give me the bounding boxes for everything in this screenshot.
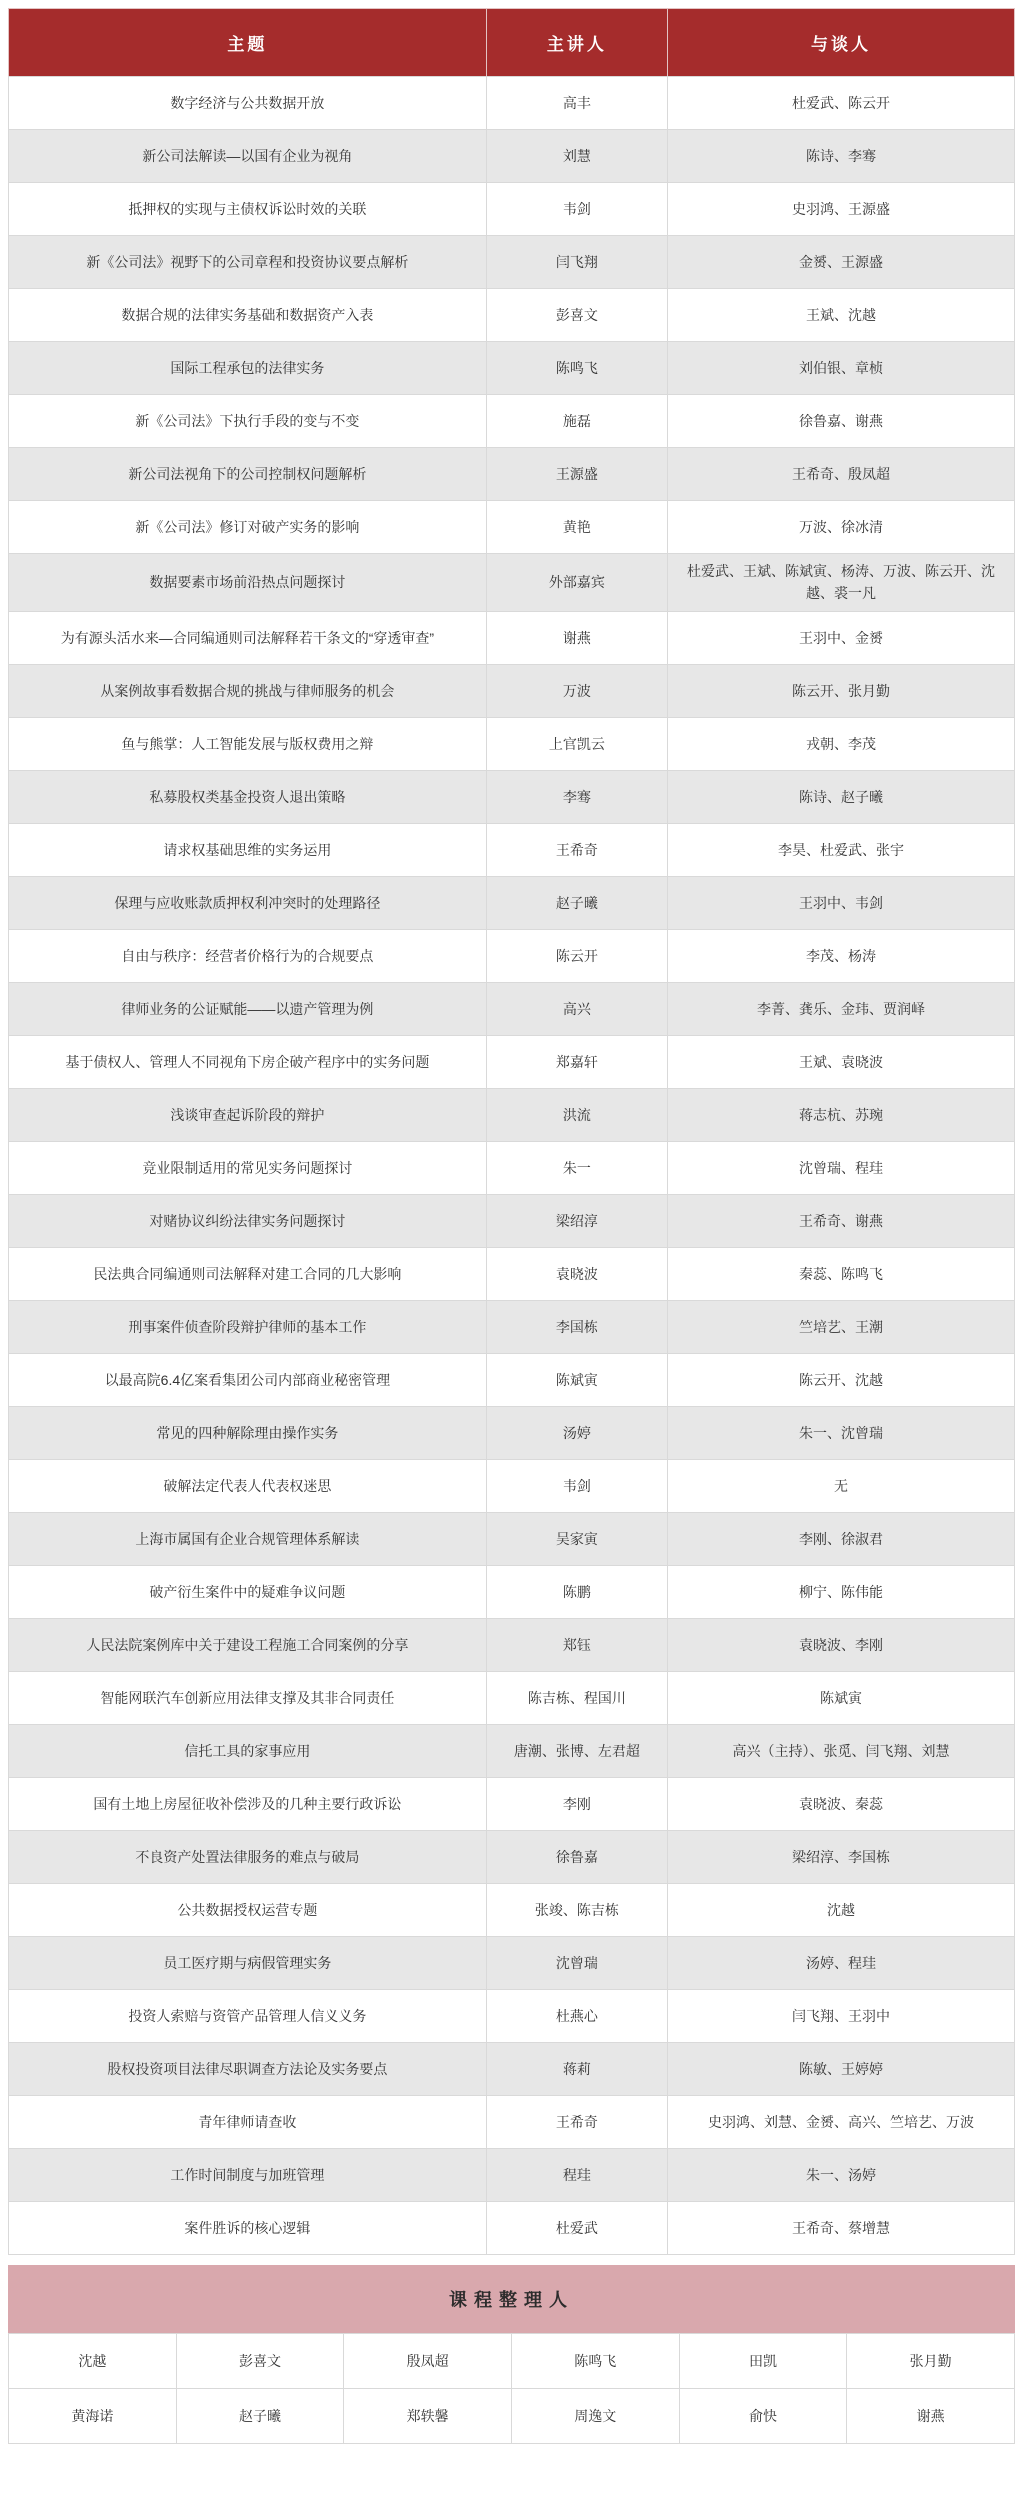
speaker-cell: 汤婷 xyxy=(486,1406,667,1459)
table-row: 民法典合同编通则司法解释对建工合同的几大影响袁晓波秦蕊、陈鸣飞 xyxy=(9,1247,1015,1300)
speaker-cell: 郑嘉轩 xyxy=(486,1035,667,1088)
discussants-cell: 杜爱武、王斌、陈斌寅、杨涛、万波、陈云开、沈越、裘一凡 xyxy=(667,554,1014,612)
table-row: 为有源头活水来—合同编通则司法解释若干条文的“穿透审查”谢燕王羽中、金赟 xyxy=(9,611,1015,664)
topic-cell: 智能网联汽车创新应用法律支撑及其非合同责任 xyxy=(9,1671,487,1724)
table-row: 浅谈审查起诉阶段的辩护洪流蒋志杭、苏琬 xyxy=(9,1088,1015,1141)
speaker-cell: 唐潮、张博、左君超 xyxy=(486,1724,667,1777)
organizer-name-cell: 陈鸣飞 xyxy=(511,2333,679,2388)
topic-cell: 人民法院案例库中关于建设工程施工合同案例的分享 xyxy=(9,1618,487,1671)
table-row: 抵押权的实现与主债权诉讼时效的关联韦剑史羽鸿、王源盛 xyxy=(9,183,1015,236)
topic-cell: 民法典合同编通则司法解释对建工合同的几大影响 xyxy=(9,1247,487,1300)
topic-cell: 破产衍生案件中的疑难争议问题 xyxy=(9,1565,487,1618)
topic-cell: 浅谈审查起诉阶段的辩护 xyxy=(9,1088,487,1141)
topic-cell: 数据要素市场前沿热点问题探讨 xyxy=(9,554,487,612)
schedule-body: 数字经济与公共数据开放高丰杜爱武、陈云开新公司法解读—以国有企业为视角刘慧陈诗、… xyxy=(9,77,1015,2255)
speaker-cell: 张竣、陈吉栋 xyxy=(486,1883,667,1936)
organizer-name-cell: 沈越 xyxy=(9,2333,177,2388)
discussants-cell: 陈敏、王婷婷 xyxy=(667,2042,1014,2095)
table-row: 从案例故事看数据合规的挑战与律师服务的机会万波陈云开、张月勤 xyxy=(9,664,1015,717)
speaker-cell: 陈云开 xyxy=(486,929,667,982)
discussants-cell: 陈云开、沈越 xyxy=(667,1353,1014,1406)
discussants-cell: 王羽中、韦剑 xyxy=(667,876,1014,929)
speaker-cell: 谢燕 xyxy=(486,611,667,664)
speaker-cell: 洪流 xyxy=(486,1088,667,1141)
discussants-cell: 万波、徐冰清 xyxy=(667,501,1014,554)
speaker-cell: 李刚 xyxy=(486,1777,667,1830)
speaker-cell: 外部嘉宾 xyxy=(486,554,667,612)
topic-cell: 竞业限制适用的常见实务问题探讨 xyxy=(9,1141,487,1194)
discussants-cell: 竺培艺、王潮 xyxy=(667,1300,1014,1353)
discussants-cell: 朱一、汤婷 xyxy=(667,2148,1014,2201)
topic-cell: 案件胜诉的核心逻辑 xyxy=(9,2201,487,2254)
discussants-cell: 王希奇、蔡增慧 xyxy=(667,2201,1014,2254)
organizer-name-cell: 郑轶馨 xyxy=(344,2388,512,2443)
topic-cell: 青年律师请查收 xyxy=(9,2095,487,2148)
speaker-cell: 陈斌寅 xyxy=(486,1353,667,1406)
discussants-cell: 王斌、沈越 xyxy=(667,289,1014,342)
table-row: 国有土地上房屋征收补偿涉及的几种主要行政诉讼李刚袁晓波、秦蕊 xyxy=(9,1777,1015,1830)
discussants-cell: 陈云开、张月勤 xyxy=(667,664,1014,717)
speaker-cell: 梁绍淳 xyxy=(486,1194,667,1247)
speaker-cell: 王希奇 xyxy=(486,823,667,876)
topic-cell: 以最高院6.4亿案看集团公司内部商业秘密管理 xyxy=(9,1353,487,1406)
topic-cell: 对赌协议纠纷法律实务问题探讨 xyxy=(9,1194,487,1247)
topic-cell: 保理与应收账款质押权利冲突时的处理路径 xyxy=(9,876,487,929)
speaker-cell: 朱一 xyxy=(486,1141,667,1194)
speaker-cell: 陈吉栋、程国川 xyxy=(486,1671,667,1724)
organizers-section: 课程整理人 沈越彭喜文殷凤超陈鸣飞田凯张月勤黄海诺赵子曦郑轶馨周逸文俞快谢燕 xyxy=(8,2265,1015,2444)
topic-cell: 上海市属国有企业合规管理体系解读 xyxy=(9,1512,487,1565)
topic-cell: 律师业务的公证赋能——以遗产管理为例 xyxy=(9,982,487,1035)
discussants-cell: 无 xyxy=(667,1459,1014,1512)
topic-cell: 工作时间制度与加班管理 xyxy=(9,2148,487,2201)
discussants-cell: 杜爱武、陈云开 xyxy=(667,77,1014,130)
table-row: 保理与应收账款质押权利冲突时的处理路径赵子曦王羽中、韦剑 xyxy=(9,876,1015,929)
speaker-cell: 袁晓波 xyxy=(486,1247,667,1300)
speaker-cell: 上官凯云 xyxy=(486,717,667,770)
table-row: 新公司法解读—以国有企业为视角刘慧陈诗、李骞 xyxy=(9,130,1015,183)
discussants-cell: 陈诗、李骞 xyxy=(667,130,1014,183)
organizer-name-cell: 黄海诺 xyxy=(9,2388,177,2443)
discussants-cell: 王羽中、金赟 xyxy=(667,611,1014,664)
table-row: 新《公司法》视野下的公司章程和投资协议要点解析闫飞翔金赟、王源盛 xyxy=(9,236,1015,289)
speaker-cell: 彭喜文 xyxy=(486,289,667,342)
discussants-cell: 袁晓波、秦蕊 xyxy=(667,1777,1014,1830)
topic-cell: 公共数据授权运营专题 xyxy=(9,1883,487,1936)
topic-cell: 自由与秩序：经营者价格行为的合规要点 xyxy=(9,929,487,982)
speaker-cell: 徐鲁嘉 xyxy=(486,1830,667,1883)
discussants-cell: 史羽鸿、刘慧、金赟、高兴、竺培艺、万波 xyxy=(667,2095,1014,2148)
table-row: 常见的四种解除理由操作实务汤婷朱一、沈曾瑞 xyxy=(9,1406,1015,1459)
table-row: 公共数据授权运营专题张竣、陈吉栋沈越 xyxy=(9,1883,1015,1936)
topic-cell: 数字经济与公共数据开放 xyxy=(9,77,487,130)
table-row: 数字经济与公共数据开放高丰杜爱武、陈云开 xyxy=(9,77,1015,130)
table-row: 案件胜诉的核心逻辑杜爱武王希奇、蔡增慧 xyxy=(9,2201,1015,2254)
topic-cell: 私募股权类基金投资人退出策略 xyxy=(9,770,487,823)
discussants-cell: 李茂、杨涛 xyxy=(667,929,1014,982)
topic-cell: 数据合规的法律实务基础和数据资产入表 xyxy=(9,289,487,342)
topic-cell: 新公司法解读—以国有企业为视角 xyxy=(9,130,487,183)
topic-cell: 从案例故事看数据合规的挑战与律师服务的机会 xyxy=(9,664,487,717)
topic-cell: 新《公司法》下执行手段的变与不变 xyxy=(9,395,487,448)
table-row: 信托工具的家事应用唐潮、张博、左君超高兴（主持）、张觅、闫飞翔、刘慧 xyxy=(9,1724,1015,1777)
topic-cell: 请求权基础思维的实务运用 xyxy=(9,823,487,876)
discussants-cell: 闫飞翔、王羽中 xyxy=(667,1989,1014,2042)
discussants-column-header: 与谈人 xyxy=(667,9,1014,77)
table-row: 私募股权类基金投资人退出策略李骞陈诗、赵子曦 xyxy=(9,770,1015,823)
speaker-cell: 陈鹏 xyxy=(486,1565,667,1618)
organizer-name-cell: 殷凤超 xyxy=(344,2333,512,2388)
speaker-cell: 黄艳 xyxy=(486,501,667,554)
organizer-name-cell: 彭喜文 xyxy=(176,2333,344,2388)
organizer-name-cell: 赵子曦 xyxy=(176,2388,344,2443)
table-row: 国际工程承包的法律实务陈鸣飞刘伯银、章桢 xyxy=(9,342,1015,395)
discussants-cell: 朱一、沈曾瑞 xyxy=(667,1406,1014,1459)
discussants-cell: 梁绍淳、李国栋 xyxy=(667,1830,1014,1883)
discussants-cell: 刘伯银、章桢 xyxy=(667,342,1014,395)
discussants-cell: 汤婷、程珪 xyxy=(667,1936,1014,1989)
table-row: 员工医疗期与病假管理实务沈曾瑞汤婷、程珪 xyxy=(9,1936,1015,1989)
topic-cell: 新公司法视角下的公司控制权问题解析 xyxy=(9,448,487,501)
topic-cell: 国有土地上房屋征收补偿涉及的几种主要行政诉讼 xyxy=(9,1777,487,1830)
table-row: 破产衍生案件中的疑难争议问题陈鹏柳宁、陈伟能 xyxy=(9,1565,1015,1618)
topic-cell: 股权投资项目法律尽职调查方法论及实务要点 xyxy=(9,2042,487,2095)
table-row: 上海市属国有企业合规管理体系解读吴家寅李刚、徐淑君 xyxy=(9,1512,1015,1565)
topic-column-header: 主题 xyxy=(9,9,487,77)
discussants-cell: 戎朝、李茂 xyxy=(667,717,1014,770)
discussants-cell: 秦蕊、陈鸣飞 xyxy=(667,1247,1014,1300)
discussants-cell: 陈诗、赵子曦 xyxy=(667,770,1014,823)
table-row: 新公司法视角下的公司控制权问题解析王源盛王希奇、殷凤超 xyxy=(9,448,1015,501)
speaker-cell: 刘慧 xyxy=(486,130,667,183)
table-row: 青年律师请查收王希奇史羽鸿、刘慧、金赟、高兴、竺培艺、万波 xyxy=(9,2095,1015,2148)
discussants-cell: 李刚、徐淑君 xyxy=(667,1512,1014,1565)
speaker-cell: 陈鸣飞 xyxy=(486,342,667,395)
discussants-cell: 沈曾瑞、程珪 xyxy=(667,1141,1014,1194)
speaker-cell: 高兴 xyxy=(486,982,667,1035)
discussants-cell: 李昊、杜爱武、张宇 xyxy=(667,823,1014,876)
organizer-name-cell: 周逸文 xyxy=(511,2388,679,2443)
discussants-cell: 柳宁、陈伟能 xyxy=(667,1565,1014,1618)
table-row: 不良资产处置法律服务的难点与破局徐鲁嘉梁绍淳、李国栋 xyxy=(9,1830,1015,1883)
speaker-cell: 杜爱武 xyxy=(486,2201,667,2254)
organizer-name-cell: 俞快 xyxy=(679,2388,847,2443)
topic-cell: 破解法定代表人代表权迷思 xyxy=(9,1459,487,1512)
table-row: 数据合规的法律实务基础和数据资产入表彭喜文王斌、沈越 xyxy=(9,289,1015,342)
discussants-cell: 袁晓波、李刚 xyxy=(667,1618,1014,1671)
table-row: 鱼与熊掌：人工智能发展与版权费用之辩上官凯云戎朝、李茂 xyxy=(9,717,1015,770)
speaker-cell: 韦剑 xyxy=(486,183,667,236)
topic-cell: 常见的四种解除理由操作实务 xyxy=(9,1406,487,1459)
topic-cell: 抵押权的实现与主债权诉讼时效的关联 xyxy=(9,183,487,236)
table-row: 律师业务的公证赋能——以遗产管理为例高兴李菁、龚乐、金玮、贾润峄 xyxy=(9,982,1015,1035)
discussants-cell: 王希奇、谢燕 xyxy=(667,1194,1014,1247)
table-row: 智能网联汽车创新应用法律支撑及其非合同责任陈吉栋、程国川陈斌寅 xyxy=(9,1671,1015,1724)
speaker-cell: 杜燕心 xyxy=(486,1989,667,2042)
table-row: 新《公司法》下执行手段的变与不变施磊徐鲁嘉、谢燕 xyxy=(9,395,1015,448)
speaker-cell: 韦剑 xyxy=(486,1459,667,1512)
speaker-cell: 施磊 xyxy=(486,395,667,448)
speaker-cell: 闫飞翔 xyxy=(486,236,667,289)
speaker-cell: 吴家寅 xyxy=(486,1512,667,1565)
table-row: 自由与秩序：经营者价格行为的合规要点陈云开李茂、杨涛 xyxy=(9,929,1015,982)
table-row: 对赌协议纠纷法律实务问题探讨梁绍淳王希奇、谢燕 xyxy=(9,1194,1015,1247)
organizer-name-cell: 张月勤 xyxy=(847,2333,1015,2388)
table-row: 竞业限制适用的常见实务问题探讨朱一沈曾瑞、程珪 xyxy=(9,1141,1015,1194)
table-row: 数据要素市场前沿热点问题探讨外部嘉宾杜爱武、王斌、陈斌寅、杨涛、万波、陈云开、沈… xyxy=(9,554,1015,612)
speaker-cell: 赵子曦 xyxy=(486,876,667,929)
organizer-name-cell: 田凯 xyxy=(679,2333,847,2388)
speaker-cell: 郑钰 xyxy=(486,1618,667,1671)
table-row: 刑事案件侦查阶段辩护律师的基本工作李国栋竺培艺、王潮 xyxy=(9,1300,1015,1353)
speaker-cell: 沈曾瑞 xyxy=(486,1936,667,1989)
table-row: 工作时间制度与加班管理程珪朱一、汤婷 xyxy=(9,2148,1015,2201)
topic-cell: 刑事案件侦查阶段辩护律师的基本工作 xyxy=(9,1300,487,1353)
discussants-cell: 金赟、王源盛 xyxy=(667,236,1014,289)
speaker-cell: 王希奇 xyxy=(486,2095,667,2148)
speaker-cell: 蒋莉 xyxy=(486,2042,667,2095)
schedule-table-header: 主题 主讲人 与谈人 xyxy=(9,9,1015,77)
speaker-cell: 高丰 xyxy=(486,77,667,130)
discussants-cell: 王希奇、殷凤超 xyxy=(667,448,1014,501)
discussants-cell: 蒋志杭、苏琬 xyxy=(667,1088,1014,1141)
organizer-row: 黄海诺赵子曦郑轶馨周逸文俞快谢燕 xyxy=(9,2388,1015,2443)
table-row: 投资人索赔与资管产品管理人信义义务杜燕心闫飞翔、王羽中 xyxy=(9,1989,1015,2042)
topic-cell: 信托工具的家事应用 xyxy=(9,1724,487,1777)
topic-cell: 不良资产处置法律服务的难点与破局 xyxy=(9,1830,487,1883)
discussants-cell: 沈越 xyxy=(667,1883,1014,1936)
speaker-column-header: 主讲人 xyxy=(486,9,667,77)
topic-cell: 新《公司法》视野下的公司章程和投资协议要点解析 xyxy=(9,236,487,289)
speaker-cell: 李国栋 xyxy=(486,1300,667,1353)
discussants-cell: 李菁、龚乐、金玮、贾润峄 xyxy=(667,982,1014,1035)
organizer-name-cell: 谢燕 xyxy=(847,2388,1015,2443)
header-row: 主题 主讲人 与谈人 xyxy=(9,9,1015,77)
speaker-cell: 万波 xyxy=(486,664,667,717)
topic-cell: 员工医疗期与病假管理实务 xyxy=(9,1936,487,1989)
organizers-table: 沈越彭喜文殷凤超陈鸣飞田凯张月勤黄海诺赵子曦郑轶馨周逸文俞快谢燕 xyxy=(8,2333,1015,2444)
topic-cell: 鱼与熊掌：人工智能发展与版权费用之辩 xyxy=(9,717,487,770)
discussants-cell: 陈斌寅 xyxy=(667,1671,1014,1724)
topic-cell: 为有源头活水来—合同编通则司法解释若干条文的“穿透审查” xyxy=(9,611,487,664)
topic-cell: 投资人索赔与资管产品管理人信义义务 xyxy=(9,1989,487,2042)
discussants-cell: 高兴（主持）、张觅、闫飞翔、刘慧 xyxy=(667,1724,1014,1777)
topic-cell: 国际工程承包的法律实务 xyxy=(9,342,487,395)
topic-cell: 新《公司法》修订对破产实务的影响 xyxy=(9,501,487,554)
discussants-cell: 史羽鸿、王源盛 xyxy=(667,183,1014,236)
organizers-body: 沈越彭喜文殷凤超陈鸣飞田凯张月勤黄海诺赵子曦郑轶馨周逸文俞快谢燕 xyxy=(9,2333,1015,2443)
table-row: 股权投资项目法律尽职调查方法论及实务要点蒋莉陈敏、王婷婷 xyxy=(9,2042,1015,2095)
table-row: 破解法定代表人代表权迷思韦剑无 xyxy=(9,1459,1015,1512)
discussants-cell: 王斌、袁晓波 xyxy=(667,1035,1014,1088)
speaker-cell: 李骞 xyxy=(486,770,667,823)
table-row: 人民法院案例库中关于建设工程施工合同案例的分享郑钰袁晓波、李刚 xyxy=(9,1618,1015,1671)
organizer-row: 沈越彭喜文殷凤超陈鸣飞田凯张月勤 xyxy=(9,2333,1015,2388)
course-schedule-page: 主题 主讲人 与谈人 数字经济与公共数据开放高丰杜爱武、陈云开新公司法解读—以国… xyxy=(0,0,1023,2452)
table-row: 新《公司法》修订对破产实务的影响黄艳万波、徐冰清 xyxy=(9,501,1015,554)
speaker-cell: 王源盛 xyxy=(486,448,667,501)
speaker-cell: 程珪 xyxy=(486,2148,667,2201)
discussants-cell: 徐鲁嘉、谢燕 xyxy=(667,395,1014,448)
table-row: 以最高院6.4亿案看集团公司内部商业秘密管理陈斌寅陈云开、沈越 xyxy=(9,1353,1015,1406)
schedule-table: 主题 主讲人 与谈人 数字经济与公共数据开放高丰杜爱武、陈云开新公司法解读—以国… xyxy=(8,8,1015,2255)
organizers-title: 课程整理人 xyxy=(8,2265,1015,2333)
table-row: 请求权基础思维的实务运用王希奇李昊、杜爱武、张宇 xyxy=(9,823,1015,876)
table-row: 基于债权人、管理人不同视角下房企破产程序中的实务问题郑嘉轩王斌、袁晓波 xyxy=(9,1035,1015,1088)
topic-cell: 基于债权人、管理人不同视角下房企破产程序中的实务问题 xyxy=(9,1035,487,1088)
